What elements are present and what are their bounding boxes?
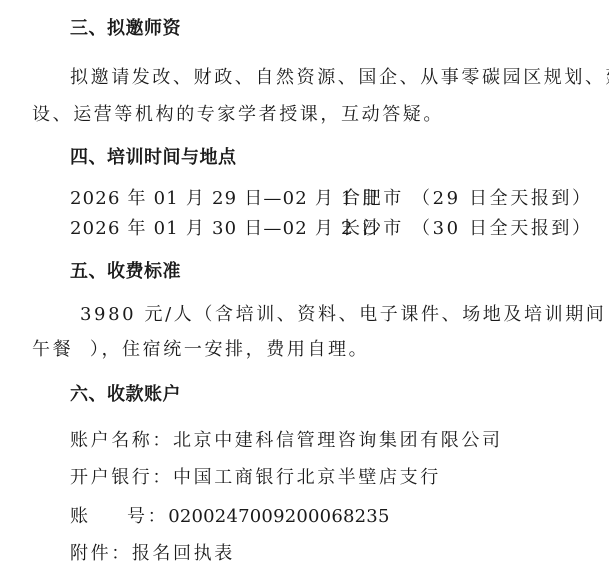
- bank-label: 开户银行：: [70, 467, 173, 488]
- account-name-label: 账户名称：: [70, 430, 173, 451]
- attachment-value: 报名回执表: [132, 543, 235, 564]
- schedule-note: （30 日全天报到）: [412, 218, 593, 239]
- account-number-label-a: 账: [70, 505, 127, 529]
- bank-value: 中国工商银行北京半壁店支行: [173, 467, 441, 488]
- teachers-paragraph-line-1: 拟邀请发改、财政、自然资源、国企、从事零碳园区规划、建: [70, 66, 609, 90]
- schedule-note: （29 日全天报到）: [412, 188, 593, 209]
- account-number-row: 账号：0200247009200068235: [70, 505, 390, 529]
- section-heading-account: 六、收款账户: [70, 383, 181, 407]
- section-heading-teachers: 三、拟邀师资: [70, 17, 181, 41]
- section-heading-schedule: 四、培训时间与地点: [70, 146, 237, 170]
- bank-row: 开户银行：中国工商银行北京半壁店支行: [70, 466, 441, 490]
- section-heading-fees: 五、收费标准: [70, 260, 181, 284]
- attachment-row: 附件：报名回执表: [70, 542, 235, 566]
- schedule-date: 2026 年 01 月 29 日—02 月 1 日: [70, 187, 342, 211]
- schedule-row: 2026 年 01 月 30 日—02 月 2 日长沙市（30 日全天报到）: [70, 217, 593, 241]
- attachment-label: 附件：: [70, 543, 132, 564]
- schedule-date: 2026 年 01 月 30 日—02 月 2 日: [70, 217, 342, 241]
- schedule-city: 长沙市: [342, 217, 412, 241]
- account-number-value: 0200247009200068235: [168, 506, 389, 527]
- teachers-paragraph-line-2: 设、运营等机构的专家学者授课，互动答疑。: [32, 103, 444, 127]
- account-number-label-b: 号：: [127, 506, 168, 527]
- fees-paragraph-line-1: 3980 元/人（含培训、资料、电子课件、场地及培训期间: [80, 303, 606, 327]
- schedule-city: 合肥市: [342, 187, 412, 211]
- schedule-row: 2026 年 01 月 29 日—02 月 1 日合肥市（29 日全天报到）: [70, 187, 593, 211]
- account-name-value: 北京中建科信管理咨询集团有限公司: [173, 430, 503, 451]
- fees-paragraph-line-2: 午餐 ），住宿统一安排，费用自理。: [32, 338, 369, 362]
- account-name-row: 账户名称：北京中建科信管理咨询集团有限公司: [70, 429, 503, 453]
